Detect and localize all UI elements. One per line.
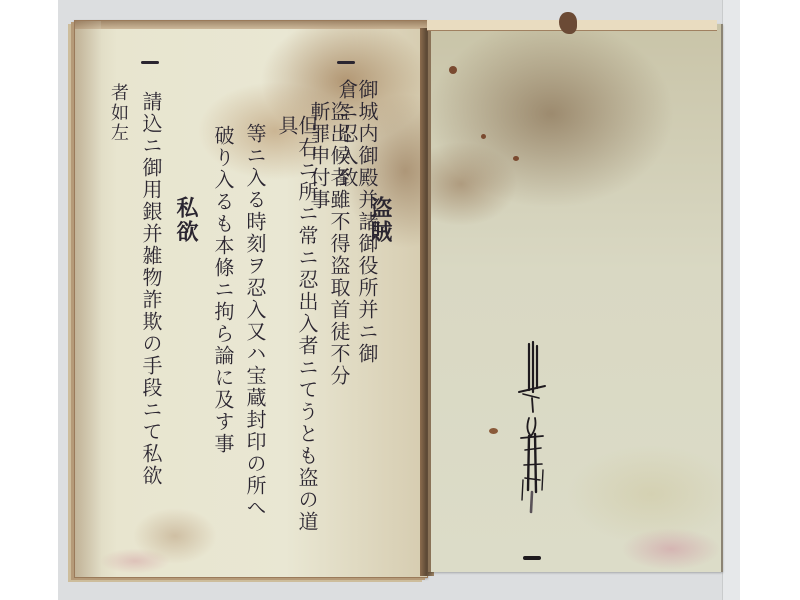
heading-touzoku: 盗賊 (369, 196, 391, 266)
right-page (428, 24, 723, 572)
left-page: 御城内御殿并諸御役所并ニ御倉ニ忍入致 盗賊 盗出候者雖不得盗取首徒不分斬罪申付事… (74, 20, 428, 578)
page-top-edge (75, 21, 427, 29)
ink-blot (559, 12, 577, 34)
stain-spot (481, 134, 486, 139)
photo-margin-left (0, 0, 58, 600)
text-column-8: 請込ニ御用銀并雑物詐欺の手段ニて私欲 (141, 91, 161, 551)
shelf-edge (722, 0, 741, 600)
text-column-4: 但右ニ所ニ常ニ忍出入者ニてうとも盗の道具 (277, 115, 317, 535)
heading-shiyoku: 私欲 (175, 196, 197, 266)
open-manuscript-book: 御城内御殿并諸御役所并ニ御倉ニ忍入致 盗賊 盗出候者雖不得盗取首徒不分斬罪申付事… (70, 18, 722, 578)
text-column-9: 者如左 (109, 83, 127, 183)
page-fold-edges (75, 21, 101, 577)
text-column-5: 等ニ入る時刻ヲ忍入又ハ宝蔵封印の所へ (245, 123, 265, 523)
stain-spot (449, 66, 457, 74)
item-mark-one (337, 61, 355, 64)
signature-kao-icon (517, 340, 547, 520)
text-column-6: 破り入るも本條ニ拘ら論に及す事 (213, 125, 233, 505)
stain-spot (489, 428, 498, 434)
signature-mark-one (523, 556, 541, 560)
stain-spot (513, 156, 519, 161)
photo-margin-right (740, 0, 800, 600)
item-mark-one (141, 61, 159, 64)
